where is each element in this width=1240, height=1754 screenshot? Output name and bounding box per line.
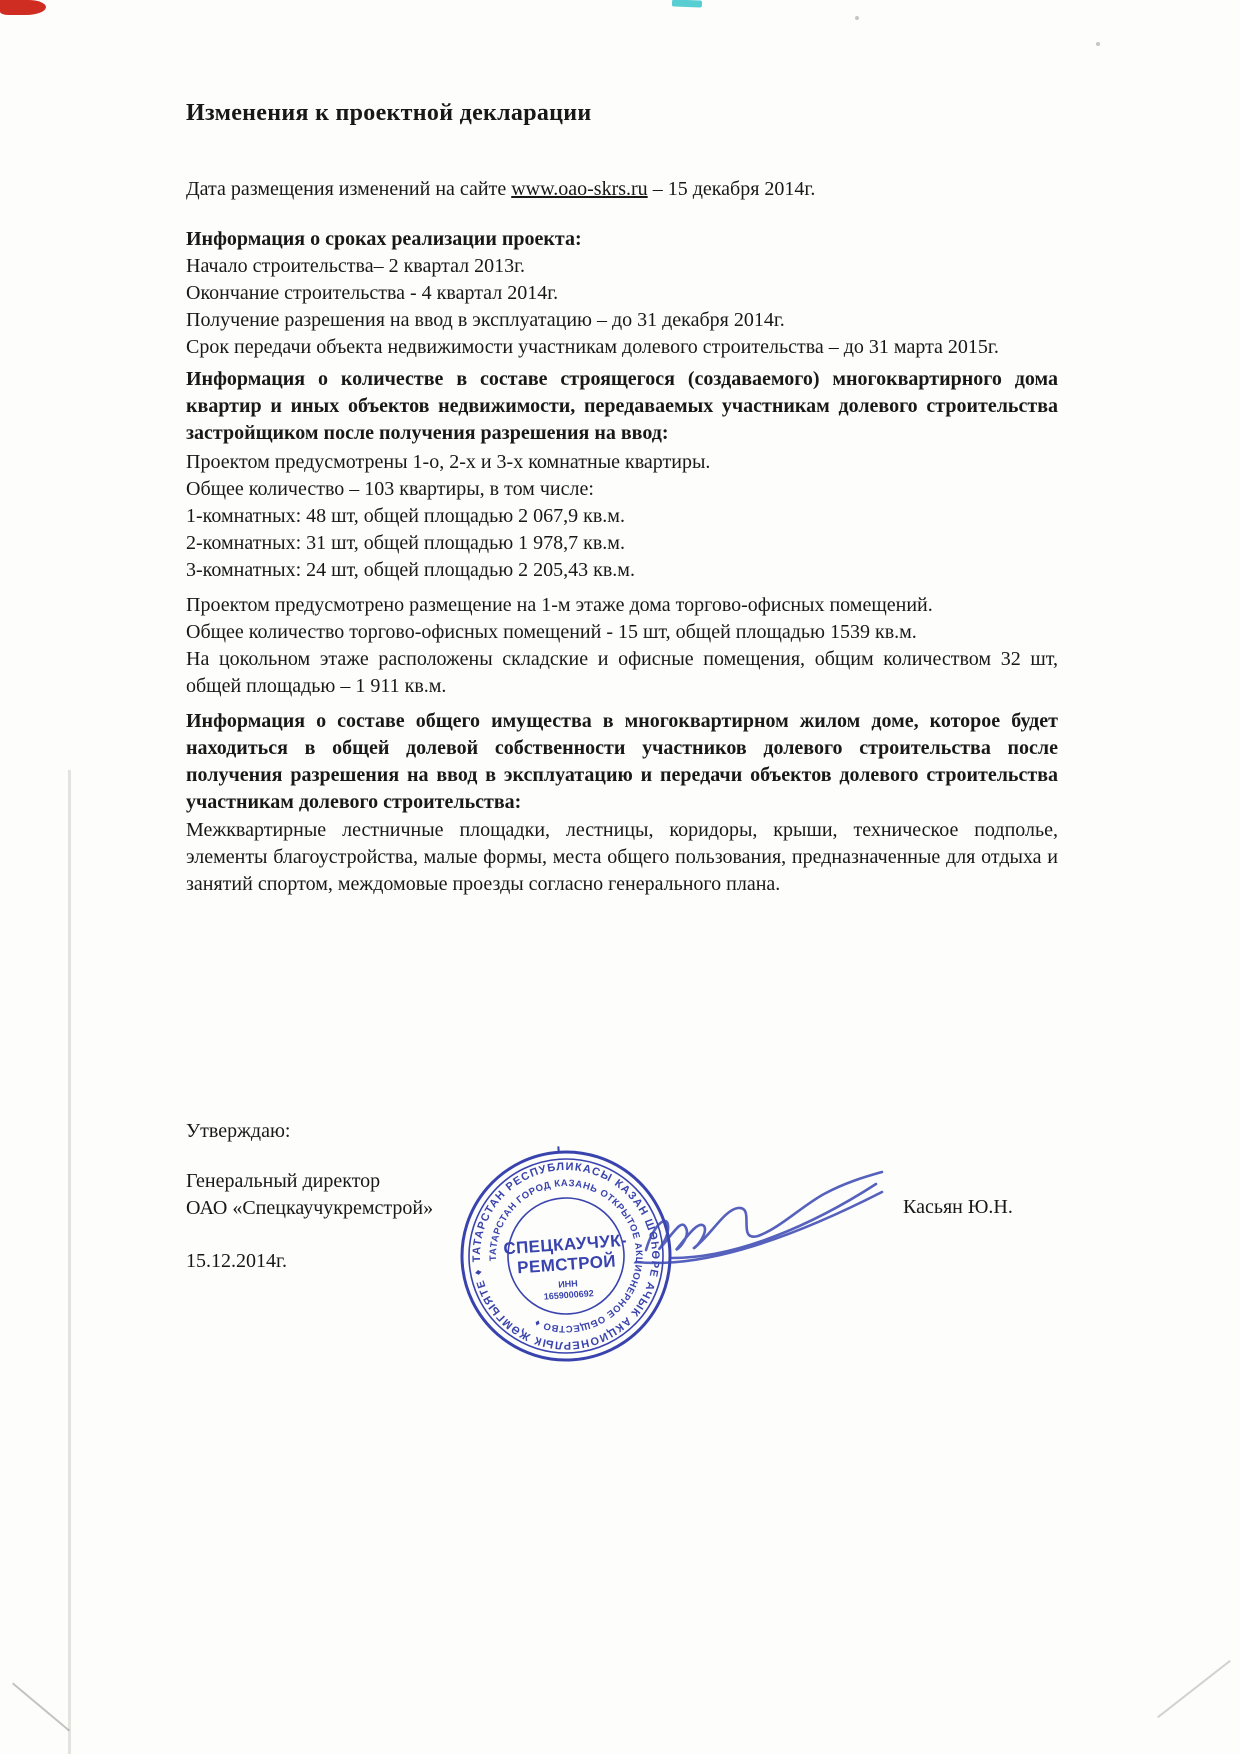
scan-artifact-corner-right [1157,1660,1231,1718]
stamp-inn-value: 1659000692 [543,1288,594,1301]
scan-artifact-red-corner [0,0,46,15]
signer-name: Касьян Ю.Н. [903,1196,1013,1219]
quantity-line-1room: 1-комнатных: 48 шт, общей площадью 2 067… [186,503,1058,530]
section-quantity-body: Проектом предусмотрены 1-о, 2-х и 3-х ко… [186,449,1058,584]
scan-artifact-corner-left [12,1682,70,1731]
terms-line-finish: Окончание строительства - 4 квартал 2014… [186,280,1058,307]
section-heading-quantity: Информация о количестве в составе строящ… [186,366,1058,447]
scan-speck [855,16,859,20]
terms-line-transfer: Срок передачи объекта недвижимости участ… [186,334,1058,361]
signature-stroke [694,1172,882,1248]
section-heading-common-property: Информация о составе общего имущества в … [186,708,1058,816]
director-signature [618,1148,898,1283]
approve-label: Утверждаю: [186,1120,1058,1143]
scanned-document-page: Изменения к проектной декларации Дата ра… [0,0,1240,1754]
quantity-line-total: Общее количество – 103 квартиры, в том ч… [186,476,1058,503]
quantity-line-3room: 3-комнатных: 24 шт, общей площадью 2 205… [186,557,1058,584]
date-line-prefix: Дата размещения изменений на сайте [186,178,511,200]
scan-artifact-cyan-mark [672,0,702,8]
quantity-line-2room: 2-комнатных: 31 шт, общей площадью 1 978… [186,530,1058,557]
date-line: Дата размещения изменений на сайте www.o… [186,176,1058,203]
terms-line-start: Начало строительства– 2 квартал 2013г. [186,253,1058,280]
scan-speck [1096,42,1100,46]
page-title: Изменения к проектной декларации [186,100,1058,127]
date-line-suffix: – 15 декабря 2014г. [648,178,816,200]
premises-line-offices: Общее количество торгово-офисных помещен… [186,619,1058,646]
section-terms-body: Начало строительства– 2 квартал 2013г. О… [186,253,1058,361]
section-heading-terms: Информация о сроках реализации проекта: [186,226,1058,253]
terms-line-permit: Получение разрешения на ввод в эксплуата… [186,307,1058,334]
quantity-line-types: Проектом предусмотрены 1-о, 2-х и 3-х ко… [186,449,1058,476]
section-common-property-body: Межквартирные лестничные площадки, лестн… [186,817,1058,898]
website-url: www.oao-skrs.ru [511,178,647,200]
premises-line-floor1: Проектом предусмотрено размещение на 1-м… [186,592,1058,619]
scan-artifact-page-edge [68,770,71,1754]
signature-stroke [672,1184,876,1258]
stamp-inn-label: ИНН [558,1278,578,1289]
section-premises-body: Проектом предусмотрено размещение на 1-м… [186,592,1058,700]
premises-line-basement: На цокольном этаже расположены складские… [186,646,1058,700]
